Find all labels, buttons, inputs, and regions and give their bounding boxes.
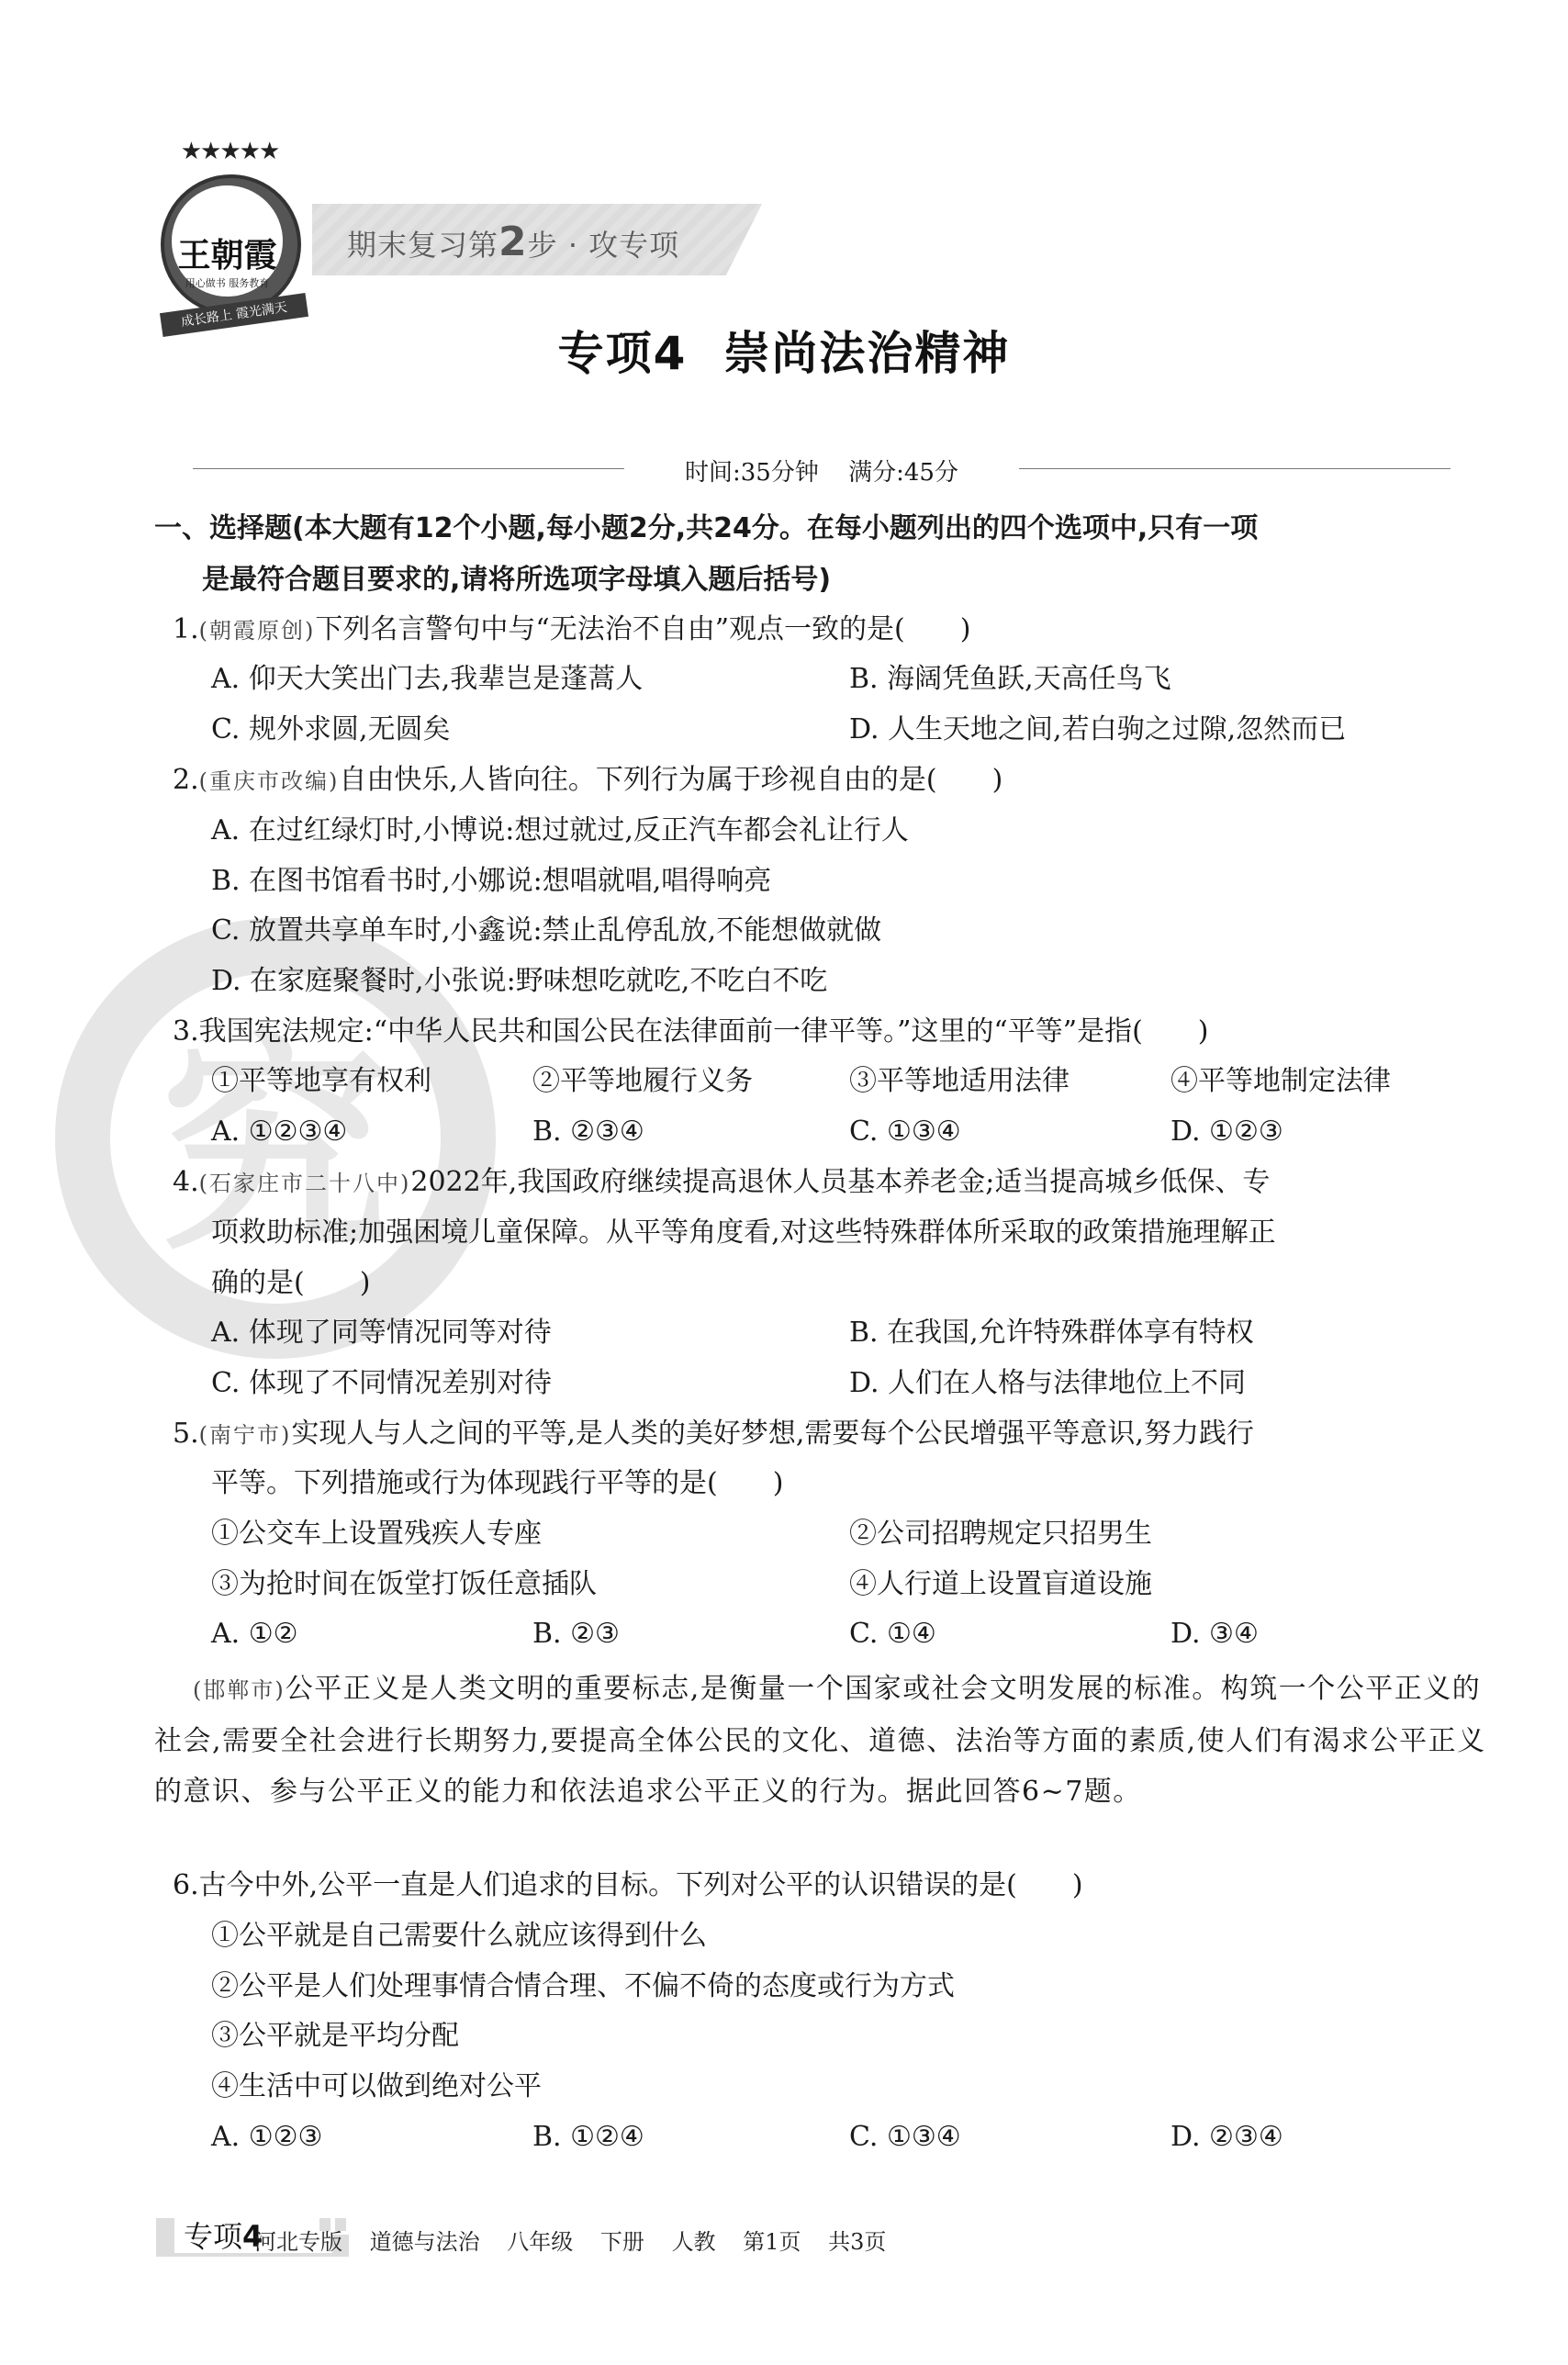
footer-grade: 八年级 bbox=[507, 2229, 573, 2255]
statement-2: ②公司招聘规定只招男生 bbox=[849, 1518, 1152, 1551]
option-d: D. ②③④ bbox=[1170, 2121, 1283, 2154]
question-number: 1. bbox=[173, 613, 199, 645]
option-c: C. ①③④ bbox=[849, 1115, 961, 1149]
question-source: (石家庄市二十八中) bbox=[199, 1171, 411, 1196]
question-stem-cont: 平等。下列措施或行为体现践行平等的是( ) bbox=[211, 1467, 783, 1500]
step-banner-text: 期末复习第2步 · 攻专项 bbox=[347, 219, 679, 265]
option-b: B. 海阔凭鱼跃,天高任鸟飞 bbox=[849, 663, 1171, 696]
statement-1: ①公平就是自己需要什么就应该得到什么 bbox=[211, 1920, 707, 1953]
option-c: C. 体现了不同情况差别对待 bbox=[211, 1367, 552, 1400]
option-a: A. ①②③ bbox=[211, 2121, 322, 2154]
question-stem: 2022年,我国政府继续提高退休人员基本养老金;适当提高城乡低保、专 bbox=[410, 1166, 1270, 1198]
question-stem-cont: 项救助标准;加强困境儿童保障。从平等角度看,对这些特殊群体所采取的政策措施理解正 bbox=[211, 1216, 1276, 1250]
statement-4: ④生活中可以做到绝对公平 bbox=[211, 2070, 542, 2103]
option-d: D. 人生天地之间,若白驹之过隙,忽然而已 bbox=[849, 713, 1346, 746]
statement-1: ①平等地享有权利 bbox=[211, 1065, 431, 1098]
question-number: 2. bbox=[173, 764, 199, 796]
option-a: A. 仰天大笑出门去,我辈岂是蓬蒿人 bbox=[211, 663, 643, 696]
statement-2: ②公平是人们处理事情合情合理、不偏不倚的态度或行为方式 bbox=[211, 1970, 955, 2003]
option-d: D. ①②③ bbox=[1170, 1115, 1283, 1149]
passage-source: (邯郸市) bbox=[193, 1677, 286, 1703]
stars-icon: ★★★★★ bbox=[151, 138, 308, 165]
option-c: C. 放置共享单车时,小鑫说:禁止乱停乱放,不能想做就做 bbox=[211, 914, 881, 947]
question-stem: 实现人与人之间的平等,是人类的美好梦想,需要每个公民增强平等意识,努力践行 bbox=[291, 1418, 1254, 1450]
statement-3: ③公平就是平均分配 bbox=[211, 2020, 459, 2053]
option-b: B. ①②④ bbox=[532, 2121, 644, 2154]
statement-1: ①公交车上设置残疾人专座 bbox=[211, 1518, 542, 1551]
statement-4: ④平等地制定法律 bbox=[1170, 1065, 1391, 1098]
option-d: D. 人们在人格与法律地位上不同 bbox=[849, 1367, 1246, 1400]
statement-2: ②平等地履行义务 bbox=[532, 1065, 753, 1098]
option-a: A. ①②③④ bbox=[211, 1115, 347, 1149]
section-heading: 一、选择题(本大题有12个小题,每小题2分,共24分。在每小题列出的四个选项中,… bbox=[154, 503, 1495, 606]
logo-name: 王朝霞 bbox=[170, 230, 285, 276]
statement-3: ③为抢时间在饭堂打饭任意插队 bbox=[211, 1568, 597, 1601]
title-number: 专项4 bbox=[558, 327, 688, 380]
time-limit: 时间:35分钟 bbox=[685, 459, 819, 487]
question-stem: 古今中外,公平一直是人们追求的目标。下列对公平的认识错误的是( ) bbox=[199, 1869, 1083, 1901]
option-c: C. 规外求圆,无圆矣 bbox=[211, 713, 451, 746]
full-score: 满分:45分 bbox=[848, 459, 958, 487]
statement-3: ③平等地适用法律 bbox=[849, 1065, 1070, 1098]
footer-info: 河北专版 道德与法治 八年级 下册 人教 第1页 共3页 bbox=[254, 2224, 1521, 2256]
publisher-logo: ★★★★★ 王朝霞 用心做书 服务教育 成长路上 霞光满天 bbox=[151, 138, 308, 321]
reading-passage: (邯郸市)公平正义是人类文明的重要标志,是衡量一个国家或社会文明发展的标准。构筑… bbox=[154, 1664, 1495, 1817]
question-stem: 我国宪法规定:“中华人民共和国公民在法律面前一律平等。”这里的“平等”是指( ) bbox=[199, 1015, 1209, 1048]
question-number: 6. bbox=[173, 1869, 199, 1901]
option-a: A. 体现了同等情况同等对待 bbox=[211, 1317, 552, 1350]
question-2: 2.(重庆市改编)自由快乐,人皆向往。下列行为属于珍视自由的是( ) bbox=[173, 764, 1002, 798]
section-heading-line2: 是最符合题目要求的,请将所选项字母填入题后括号) bbox=[154, 555, 1495, 606]
option-a: A. ①② bbox=[211, 1618, 298, 1651]
footer-page-total: 共3页 bbox=[828, 2229, 886, 2255]
title-topic: 崇尚法治精神 bbox=[723, 327, 1010, 380]
option-b: B. 在图书馆看书时,小娜说:想唱就唱,唱得响亮 bbox=[211, 865, 771, 898]
option-b: B. ②③ bbox=[532, 1618, 620, 1651]
statement-4: ④人行道上设置盲道设施 bbox=[849, 1568, 1152, 1601]
question-source: (重庆市改编) bbox=[199, 768, 340, 794]
question-number: 5. bbox=[173, 1418, 199, 1450]
footer-volume: 下册 bbox=[600, 2229, 644, 2255]
question-stem-cont: 确的是( ) bbox=[211, 1267, 370, 1300]
section-heading-line1: 一、选择题(本大题有12个小题,每小题2分,共24分。在每小题列出的四个选项中,… bbox=[154, 512, 1258, 544]
option-d: D. ③④ bbox=[1170, 1618, 1259, 1651]
footer-subject: 道德与法治 bbox=[370, 2229, 480, 2255]
option-a: A. 在过红绿灯时,小博说:想过就过,反正汽车都会礼让行人 bbox=[211, 814, 909, 847]
question-number: 3. bbox=[173, 1015, 199, 1048]
option-c: C. ①④ bbox=[849, 1618, 936, 1651]
question-stem: 下列名言警句中与“无法治不自由”观点一致的是( ) bbox=[315, 613, 970, 645]
footer-tag-prefix: 专项 bbox=[184, 2219, 242, 2254]
exam-meta: 时间:35分钟 满分:45分 bbox=[193, 452, 1450, 488]
option-c: C. ①③④ bbox=[849, 2121, 961, 2154]
footer-publisher: 人教 bbox=[672, 2229, 716, 2255]
question-5: 5.(南宁市)实现人与人之间的平等,是人类的美好梦想,需要每个公民增强平等意识,… bbox=[173, 1418, 1254, 1452]
option-b: B. ②③④ bbox=[532, 1115, 644, 1149]
option-d: D. 在家庭聚餐时,小张说:野味想吃就吃,不吃白不吃 bbox=[211, 965, 827, 998]
question-stem: 自由快乐,人皆向往。下列行为属于珍视自由的是( ) bbox=[339, 764, 1002, 796]
footer-edition: 河北专版 bbox=[254, 2229, 342, 2255]
question-source: (朝霞原创) bbox=[199, 618, 316, 644]
step-prefix: 期末复习第 bbox=[347, 228, 498, 263]
footer-page-number: 第1页 bbox=[743, 2229, 801, 2255]
page-title: 专项4崇尚法治精神 bbox=[0, 317, 1568, 383]
question-1: 1.(朝霞原创)下列名言警句中与“无法治不自由”观点一致的是( ) bbox=[173, 613, 970, 647]
question-6: 6.古今中外,公平一直是人们追求的目标。下列对公平的认识错误的是( ) bbox=[173, 1869, 1083, 1902]
step-number: 2 bbox=[498, 219, 528, 265]
question-number: 4. bbox=[173, 1166, 199, 1198]
passage-text: 公平正义是人类文明的重要标志,是衡量一个国家或社会文明发展的标准。构筑一个公平正… bbox=[154, 1673, 1486, 1808]
option-b: B. 在我国,允许特殊群体享有特权 bbox=[849, 1317, 1254, 1350]
logo-motto: 用心做书 服务教育 bbox=[174, 275, 280, 290]
question-source: (南宁市) bbox=[199, 1422, 292, 1448]
question-4: 4.(石家庄市二十八中)2022年,我国政府继续提高退休人员基本养老金;适当提高… bbox=[173, 1166, 1270, 1200]
step-suffix: 步 · 攻专项 bbox=[528, 228, 680, 263]
question-3: 3.我国宪法规定:“中华人民共和国公民在法律面前一律平等。”这里的“平等”是指(… bbox=[173, 1015, 1209, 1048]
